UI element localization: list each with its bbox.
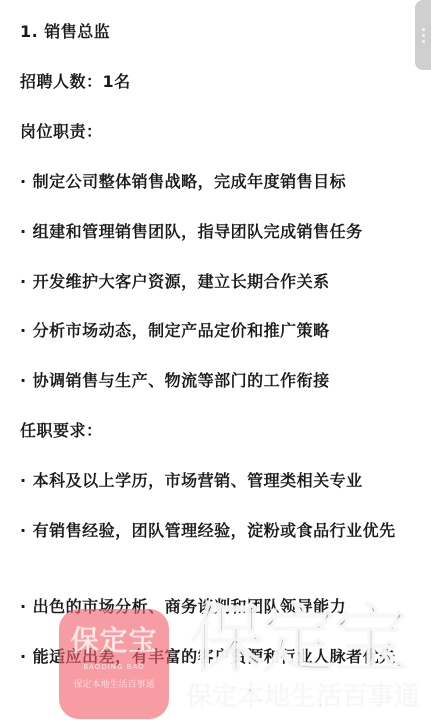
duty-item: · 协调销售与生产、物流等部门的工作衔接 xyxy=(20,368,412,394)
requirement-item: · 本科及以上学历，市场营销、管理类相关专业 xyxy=(20,468,412,494)
watermark-badge-sub: 保定本地生活百事通 xyxy=(59,677,169,690)
more-vertical-icon-dot xyxy=(422,34,425,37)
job-title: 1. 销售总监 xyxy=(20,19,412,45)
requirement-item: · 有销售经验，团队管理经验，淀粉或食品行业优先 xyxy=(20,518,412,544)
watermark-subtitle: 保定本地生活百事通 xyxy=(186,682,420,712)
watermark-badge: 保定宝 BAODING BAO 保定本地生活百事通 xyxy=(59,609,169,719)
duties-heading: 岗位职责： xyxy=(20,119,412,145)
duty-item: · 制定公司整体销售战略，完成年度销售目标 xyxy=(20,169,412,195)
watermark-title: 保定宝 xyxy=(190,600,406,680)
more-vertical-icon xyxy=(422,28,425,31)
requirements-heading: 任职要求： xyxy=(20,418,412,444)
more-vertical-icon-dot xyxy=(422,40,425,43)
duty-item: · 开发维护大客户资源，建立长期合作关系 xyxy=(20,269,412,295)
watermark-badge-en: BAODING BAO xyxy=(59,663,169,671)
headcount: 招聘人数：1名 xyxy=(20,69,412,95)
duty-item: · 组建和管理销售团队，指导团队完成销售任务 xyxy=(20,219,412,245)
side-menu-handle[interactable] xyxy=(415,0,431,70)
watermark-badge-title: 保定宝 xyxy=(59,619,169,659)
duty-item: · 分析市场动态，制定产品定价和推广策略 xyxy=(20,318,412,344)
